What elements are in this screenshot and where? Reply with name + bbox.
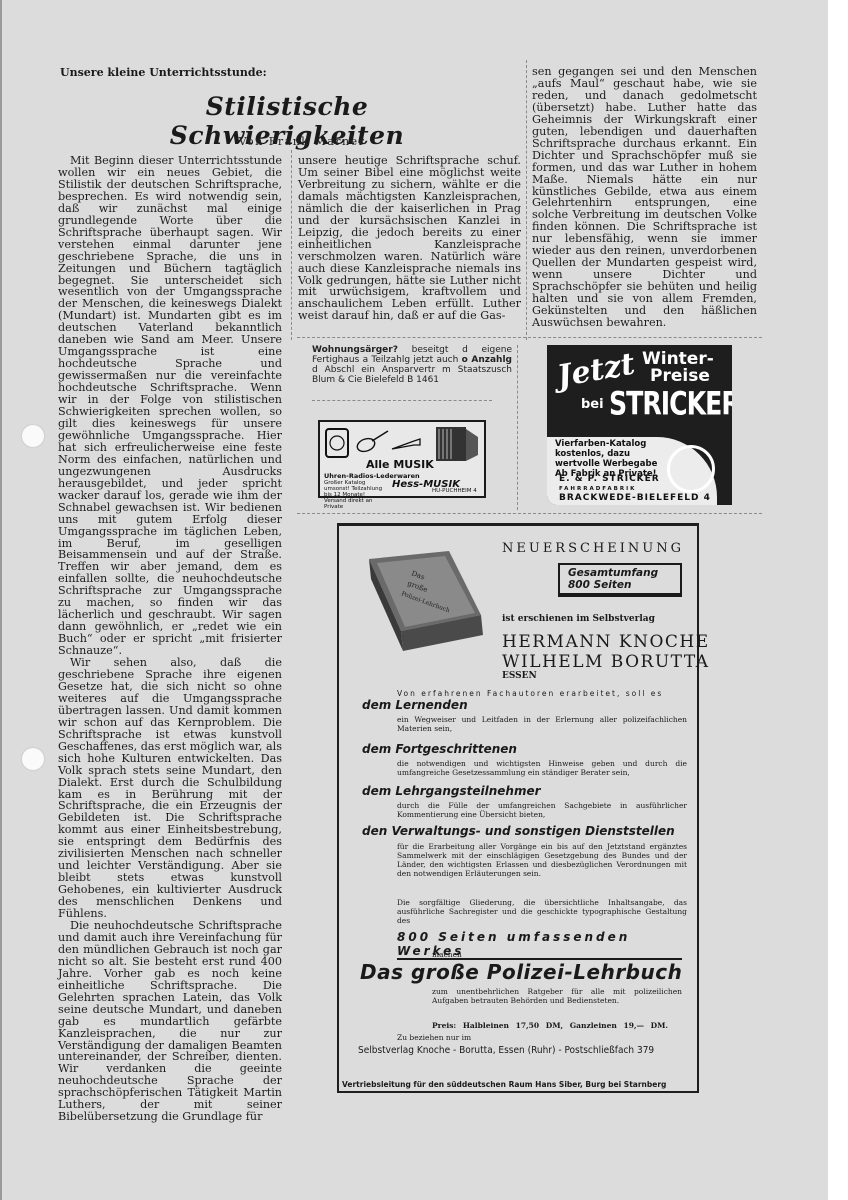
price-line: Preis: Halbleinen 17,50 DM, Ganzleinen 1…	[432, 1021, 668, 1030]
stricker-bicycle-ad: Jetzt Winter- Preise bei STRICKER Vierfa…	[547, 345, 732, 505]
column-divider	[526, 60, 527, 340]
article-paragraph: sen gegangen sei und den Menschen „aufs …	[532, 66, 757, 329]
author-name: WILHELM BORUTTA	[502, 652, 710, 672]
classified-ad-blum: Wohnungsärger? beseitgt d eigene Fertigh…	[312, 345, 512, 385]
article-paragraph: unsere heutige Schriftsprache schuf. Um …	[298, 155, 521, 322]
article-paragraph: Mit Beginn dieser Unterrichtsstunde woll…	[58, 155, 282, 657]
article-column-2: unsere heutige Schriftsprache schuf. Um …	[298, 155, 521, 322]
stricker-offer: Vierfarben-Katalog kostenlos, dazu wertv…	[555, 439, 657, 479]
newspaper-page: Unsere kleine Unterrichtsstunde: Stilist…	[0, 0, 828, 1200]
section-kicker: Unsere kleine Unterrichtsstunde:	[60, 66, 267, 79]
firm-sub: FAHRRADFABRIK	[559, 486, 636, 492]
article-paragraph: Die neuhochdeutsche Schriftsprache und d…	[58, 920, 282, 1123]
audience-text: ein Wegweiser und Leitfaden in der Erler…	[397, 715, 687, 733]
article-byline: Von Frank Marner	[202, 135, 402, 148]
ad-divider	[312, 400, 492, 401]
audience-heading: dem Lernenden	[362, 698, 468, 712]
punch-hole	[22, 748, 44, 770]
lehrbuch-title: Das große Polizei-Lehrbuch	[360, 960, 682, 984]
article-column-3: sen gegangen sei und den Menschen „aufs …	[532, 66, 757, 329]
music-ad-address: HU-PUCHHEIM 4	[432, 488, 477, 494]
author-name: HERMANN KNOCHE	[502, 632, 710, 652]
gliederung-text: Die sorgfältige Gliederung, die übersich…	[397, 898, 687, 925]
article-paragraph: Wir sehen also, daß die geschriebene Spr…	[58, 657, 282, 920]
firm-city: BRACKWEDE-BIELEFELD 4	[559, 494, 711, 503]
audience-heading: dem Fortgeschrittenen	[362, 742, 517, 756]
stricker-preise: Preise	[642, 368, 714, 385]
book-icon: Das große Polizei-Lehrbuch	[357, 545, 487, 665]
neuerscheinung-label: NEUERSCHEINUNG	[502, 541, 684, 556]
audience-heading: dem Lehrgangsteilnehmer	[362, 784, 541, 798]
classified-bold: o Anzahlg	[462, 355, 512, 365]
article-column-1: Mit Beginn dieser Unterrichtsstunde woll…	[58, 155, 282, 1123]
book-authors: HERMANN KNOCHE WILHELM BORUTTA	[502, 632, 710, 672]
section-divider	[297, 513, 762, 514]
machen-text: machen	[432, 950, 462, 959]
audience-heading: den Verwaltungs- und sonstigen Dienstste…	[362, 824, 675, 838]
offer-line: Vierfarben-Katalog	[555, 439, 657, 449]
stricker-winter-preise: Winter- Preise	[642, 351, 714, 385]
umfang-line: Gesamtumfang	[568, 567, 672, 579]
classified-lead: Wohnungsärger?	[312, 345, 398, 355]
offer-line: kostenlos, dazu	[555, 449, 657, 459]
umfang-box: Gesamtumfang 800 Seiten	[558, 563, 682, 597]
publisher-city: ESSEN	[502, 671, 537, 681]
beziehen-text: Zu beziehen nur im	[397, 1033, 471, 1042]
book-intro: Von erfahrenen Fachautoren erarbeitet, s…	[397, 689, 663, 698]
stricker-bei: bei	[581, 397, 604, 412]
hess-musik-ad: Alle MUSIK Uhren-Radios-Lederwaren Große…	[318, 420, 486, 498]
music-ad-title: Alle MUSIK	[366, 458, 434, 471]
selbstverlag-note: ist erschienen im Selbstverlag	[502, 614, 655, 624]
distribution-note: Vertriebsleitung für den süddeutschen Ra…	[342, 1080, 666, 1089]
bicycle-wheel-icon	[667, 445, 715, 493]
punch-hole	[22, 425, 44, 447]
umfang-line: 800 Seiten	[568, 579, 672, 591]
offer-line: wertvolle Werbegabe	[555, 459, 657, 469]
publisher-address: Selbstverlag Knoche - Borutta, Essen (Ru…	[358, 1045, 654, 1056]
ratgeber-text: zum unentbehrlichen Ratgeber für alle mi…	[432, 987, 682, 1005]
audience-text: die notwendigen und wichtigsten Hinweise…	[397, 759, 687, 777]
stricker-name: STRICKER	[609, 385, 732, 423]
ad-divider	[517, 345, 518, 510]
music-ad-terms: Großer Katalog umsonst! Teilzahlung bis …	[324, 480, 384, 510]
column-divider	[291, 150, 292, 340]
section-divider	[297, 337, 762, 338]
audience-text: für die Erarbeitung aller Vorgänge ein b…	[397, 842, 687, 878]
classified-text: d Abschl ein Ansparvertr m Staatszusch B…	[312, 365, 512, 385]
audience-text: durch die Fülle der umfangreichen Sachge…	[397, 801, 687, 819]
